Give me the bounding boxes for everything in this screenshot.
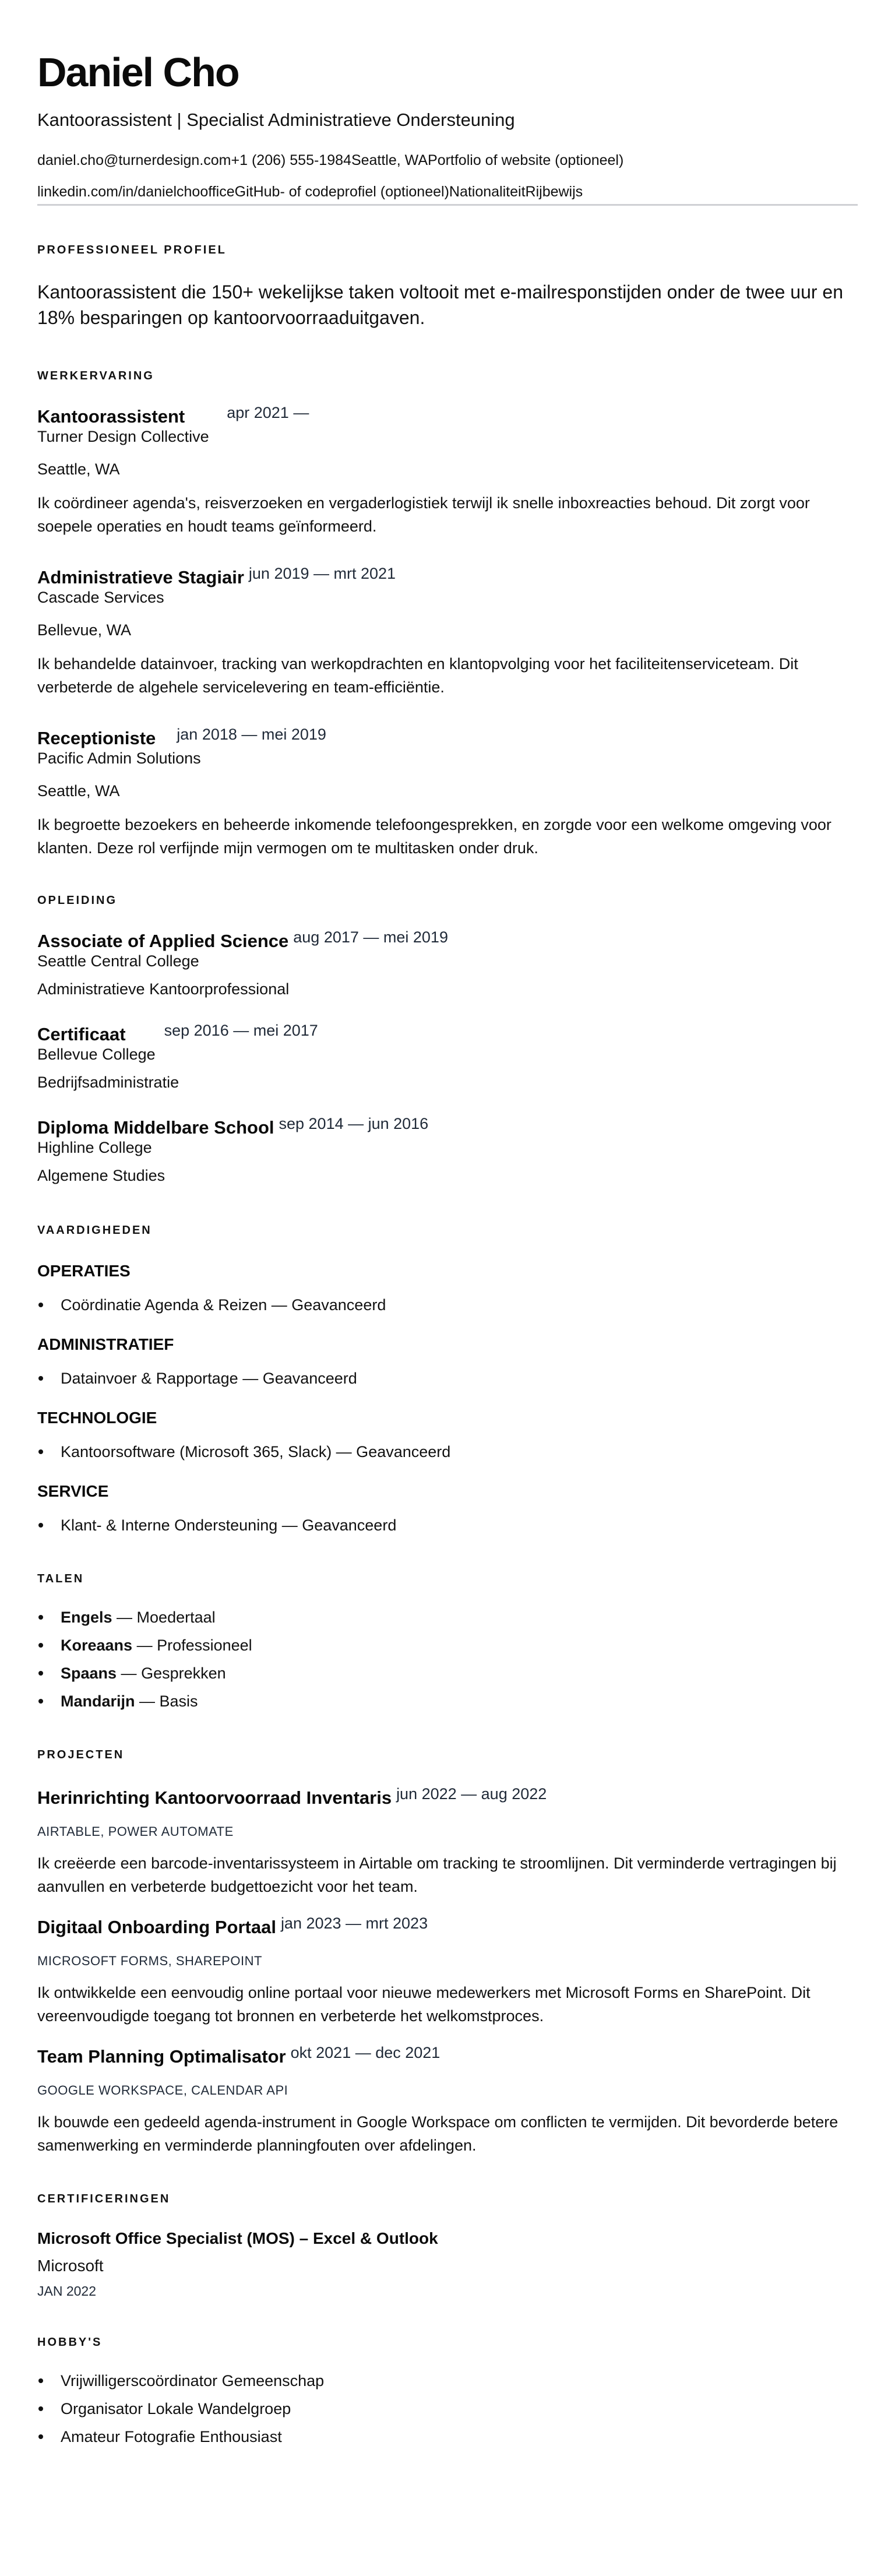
hobby-item: Organisator Lokale Wandelgroep bbox=[37, 2395, 858, 2423]
contact-email[interactable]: daniel.cho@turnerdesign.com bbox=[37, 152, 231, 168]
resume-header: Daniel Cho Kantoorassistent | Specialist… bbox=[37, 51, 858, 206]
section-skills: Vaardigheden Operaties Coördinatie Agend… bbox=[37, 1223, 858, 1539]
company-name: Turner Design Collective bbox=[37, 427, 858, 446]
project-dates: jun 2022 — aug 2022 bbox=[396, 1785, 547, 1803]
skill-category-name: Operaties bbox=[37, 1262, 858, 1280]
job-title: Receptioniste bbox=[37, 728, 156, 749]
profile-summary: Kantoorassistent die 150+ wekelijkse tak… bbox=[37, 279, 865, 330]
project-entry: Team Planning Optimalisator okt 2021 — d… bbox=[37, 2046, 858, 2157]
skill-item: Kantoorsoftware (Microsoft 365, Slack) —… bbox=[37, 1438, 858, 1466]
education-dates: sep 2014 — jun 2016 bbox=[279, 1115, 429, 1132]
project-name: Herinrichting Kantoorvoorraad Inventaris bbox=[37, 1787, 392, 1808]
contact-row-secondary: linkedin.com/in/danielchoofficeGitHub- o… bbox=[37, 183, 858, 200]
hobby-item: Amateur Fotografie Enthousiast bbox=[37, 2423, 858, 2451]
separator: — bbox=[112, 1609, 137, 1626]
job-dates: apr 2021 — bbox=[227, 404, 309, 421]
language-level: Gesprekken bbox=[141, 1664, 226, 1682]
school-name: Seattle Central College bbox=[37, 952, 858, 970]
section-title-profile: Professioneel Profiel bbox=[37, 243, 858, 257]
skill-category-name: Administratief bbox=[37, 1335, 858, 1354]
project-dates: jan 2023 — mrt 2023 bbox=[281, 1915, 428, 1932]
contact-phone[interactable]: +1 (206) 555-1984 bbox=[231, 152, 351, 168]
header-divider bbox=[37, 204, 858, 206]
contact-location: Seattle, WA bbox=[351, 152, 428, 168]
skill-category-name: Technologie bbox=[37, 1409, 858, 1427]
field-of-study: Administratieve Kantoorprofessional bbox=[37, 980, 858, 998]
degree-title: Diploma Middelbare School bbox=[37, 1117, 274, 1138]
job-description: Ik behandelde datainvoer, tracking van w… bbox=[37, 652, 865, 699]
separator: — bbox=[135, 1692, 160, 1710]
separator: — bbox=[132, 1637, 157, 1654]
skill-category-name: Service bbox=[37, 1482, 858, 1501]
section-experience: Werkervaring Kantoorassistent apr 2021 —… bbox=[37, 369, 858, 860]
education-dates: sep 2016 — mei 2017 bbox=[164, 1022, 318, 1039]
job-title: Administratieve Stagiair bbox=[37, 567, 244, 588]
section-profile: Professioneel Profiel Kantoorassistent d… bbox=[37, 243, 858, 330]
degree-title: Certificaat bbox=[37, 1024, 126, 1045]
field-of-study: Algemene Studies bbox=[37, 1166, 858, 1185]
section-title-certifications: Certificeringen bbox=[37, 2192, 858, 2206]
language-name: Engels bbox=[61, 1609, 112, 1626]
company-name: Cascade Services bbox=[37, 588, 858, 607]
language-list: Engels — Moedertaal Koreaans — Professio… bbox=[37, 1603, 858, 1715]
education-dates: aug 2017 — mei 2019 bbox=[293, 928, 448, 946]
education-entry: Associate of Applied Science aug 2017 — … bbox=[37, 931, 858, 998]
education-entry: Diploma Middelbare School sep 2014 — jun… bbox=[37, 1117, 858, 1185]
section-title-languages: Talen bbox=[37, 1572, 858, 1586]
job-location: Bellevue, WA bbox=[37, 621, 858, 639]
job-title: Kantoorassistent bbox=[37, 406, 185, 427]
project-entry: Herinrichting Kantoorvoorraad Inventaris… bbox=[37, 1787, 858, 1898]
section-title-hobbies: Hobby's bbox=[37, 2335, 858, 2349]
skill-category: Operaties Coördinatie Agenda & Reizen — … bbox=[37, 1262, 858, 1319]
section-title-education: Opleiding bbox=[37, 893, 858, 907]
contact-linkedin[interactable]: linkedin.com/in/danielchooffice bbox=[37, 184, 235, 200]
experience-entry: Kantoorassistent apr 2021 — Turner Desig… bbox=[37, 406, 858, 538]
hobby-list: Vrijwilligerscoördinator Gemeenschap Org… bbox=[37, 2367, 858, 2451]
contact-github[interactable]: GitHub- of codeprofiel (optioneel) bbox=[235, 184, 449, 200]
job-dates: jun 2019 — mrt 2021 bbox=[249, 565, 396, 582]
language-level: Moedertaal bbox=[137, 1609, 216, 1626]
language-item: Spaans — Gesprekken bbox=[37, 1659, 858, 1687]
project-description: Ik bouwde een gedeeld agenda-instrument … bbox=[37, 2110, 865, 2157]
section-hobbies: Hobby's Vrijwilligerscoördinator Gemeens… bbox=[37, 2335, 858, 2451]
language-level: Professioneel bbox=[157, 1637, 252, 1654]
skill-category: Service Klant- & Interne Ondersteuning —… bbox=[37, 1482, 858, 1539]
field-of-study: Bedrijfsadministratie bbox=[37, 1073, 858, 1092]
job-dates: jan 2018 — mei 2019 bbox=[177, 726, 326, 743]
project-name: Digitaal Onboarding Portaal bbox=[37, 1917, 276, 1938]
section-languages: Talen Engels — Moedertaal Koreaans — Pro… bbox=[37, 1572, 858, 1715]
separator: — bbox=[117, 1664, 141, 1682]
skill-category: Technologie Kantoorsoftware (Microsoft 3… bbox=[37, 1409, 858, 1466]
language-name: Mandarijn bbox=[61, 1692, 135, 1710]
headline: Kantoorassistent | Specialist Administra… bbox=[37, 110, 858, 131]
resume-page: Daniel Cho Kantoorassistent | Specialist… bbox=[0, 0, 895, 2486]
skill-item: Klant- & Interne Ondersteuning — Geavanc… bbox=[37, 1511, 858, 1539]
company-name: Pacific Admin Solutions bbox=[37, 749, 858, 768]
project-tags: Google Workspace, Calendar API bbox=[37, 2082, 858, 2099]
skill-category: Administratief Datainvoer & Rapportage —… bbox=[37, 1335, 858, 1392]
skill-item: Datainvoer & Rapportage — Geavanceerd bbox=[37, 1364, 858, 1392]
language-level: Basis bbox=[160, 1692, 198, 1710]
project-tags: Airtable, Power Automate bbox=[37, 1824, 858, 1840]
experience-entry: Administratieve Stagiair jun 2019 — mrt … bbox=[37, 567, 858, 699]
language-item: Koreaans — Professioneel bbox=[37, 1631, 858, 1659]
section-title-experience: Werkervaring bbox=[37, 369, 858, 383]
section-title-skills: Vaardigheden bbox=[37, 1223, 858, 1237]
certification-name: Microsoft Office Specialist (MOS) – Exce… bbox=[37, 2229, 858, 2248]
certification-date: Jan 2022 bbox=[37, 2283, 858, 2299]
hobby-item: Vrijwilligerscoördinator Gemeenschap bbox=[37, 2367, 858, 2395]
job-description: Ik begroette bezoekers en beheerde inkom… bbox=[37, 813, 865, 860]
section-education: Opleiding Associate of Applied Science a… bbox=[37, 893, 858, 1185]
section-projects: Projecten Herinrichting Kantoorvoorraad … bbox=[37, 1748, 858, 2157]
section-title-projects: Projecten bbox=[37, 1748, 858, 1762]
certification-entry: Microsoft Office Specialist (MOS) – Exce… bbox=[37, 2229, 858, 2299]
section-certifications: Certificeringen Microsoft Office Special… bbox=[37, 2192, 858, 2299]
project-entry: Digitaal Onboarding Portaal jan 2023 — m… bbox=[37, 1917, 858, 2028]
contact-row-primary: daniel.cho@turnerdesign.com+1 (206) 555-… bbox=[37, 152, 858, 169]
degree-title: Associate of Applied Science bbox=[37, 931, 288, 952]
school-name: Bellevue College bbox=[37, 1045, 858, 1064]
contact-portfolio[interactable]: Portfolio of website (optioneel) bbox=[428, 152, 623, 168]
experience-entry: Receptioniste jan 2018 — mei 2019 Pacifi… bbox=[37, 728, 858, 860]
language-item: Engels — Moedertaal bbox=[37, 1603, 858, 1631]
project-tags: Microsoft Forms, SharePoint bbox=[37, 1953, 858, 1969]
skill-item: Coördinatie Agenda & Reizen — Geavanceer… bbox=[37, 1291, 858, 1319]
project-description: Ik creëerde een barcode-inventarissystee… bbox=[37, 1852, 865, 1898]
certification-issuer: Microsoft bbox=[37, 2256, 858, 2276]
candidate-name: Daniel Cho bbox=[37, 51, 858, 93]
contact-nationality: Nationaliteit bbox=[449, 184, 526, 200]
language-item: Mandarijn — Basis bbox=[37, 1687, 858, 1715]
language-name: Spaans bbox=[61, 1664, 117, 1682]
school-name: Highline College bbox=[37, 1138, 858, 1157]
job-location: Seattle, WA bbox=[37, 460, 858, 478]
project-name: Team Planning Optimalisator bbox=[37, 2046, 286, 2067]
project-description: Ik ontwikkelde een eenvoudig online port… bbox=[37, 1981, 865, 2028]
language-name: Koreaans bbox=[61, 1637, 132, 1654]
project-dates: okt 2021 — dec 2021 bbox=[291, 2044, 441, 2061]
job-description: Ik coördineer agenda's, reisverzoeken en… bbox=[37, 491, 865, 538]
education-entry: Certificaat sep 2016 — mei 2017 Bellevue… bbox=[37, 1024, 858, 1092]
job-location: Seattle, WA bbox=[37, 782, 858, 800]
contact-drivers-license: Rijbewijs bbox=[526, 184, 583, 200]
